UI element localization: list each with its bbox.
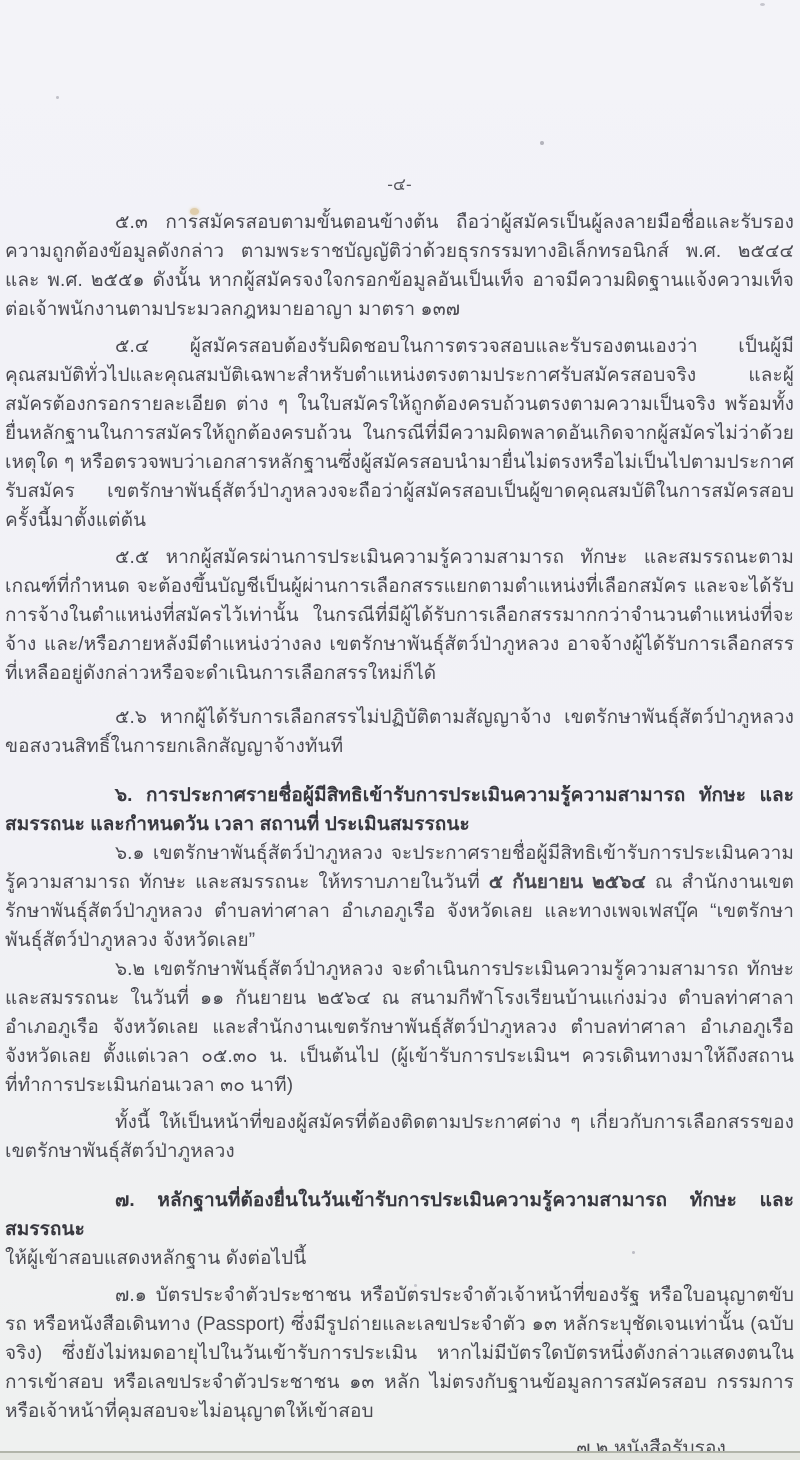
paragraph-5-5: ๕.๕ หากผู้สมัครผ่านการประเมินความรู้ความ…	[5, 543, 794, 688]
paragraph-6-1: ๖.๑ เขตรักษาพันธุ์สัตว์ป่าภูหลวง จะประกา…	[5, 839, 794, 955]
announcement-date-bold: ๕ กันยายน ๒๕๖๔	[489, 872, 646, 893]
paragraph-7-1: ๗.๑ บัตรประจำตัวประชาชน หรือบัตรประจำตัว…	[5, 1281, 794, 1426]
scan-speck	[540, 141, 544, 145]
scanned-document-page: -๔- ๕.๓ การสมัครสอบตามขั้นตอนข้างต้น ถือ…	[0, 0, 800, 1460]
paragraph-5-3: ๕.๓ การสมัครสอบตามขั้นตอนข้างต้น ถือว่าผ…	[5, 208, 794, 324]
section-heading-6: ๖. การประกาศรายชื่อผู้มีสิทธิเข้ารับการป…	[5, 781, 794, 839]
paragraph-6-2: ๖.๒ เขตรักษาพันธุ์สัตว์ป่าภูหลวง จะดำเนิ…	[5, 955, 794, 1100]
note-paragraph: ทั้งนี้ ให้เป็นหน้าที่ของผู้สมัครที่ต้อง…	[5, 1108, 794, 1166]
page-number: -๔-	[5, 0, 794, 198]
scan-speck	[760, 3, 765, 6]
section-heading-7-intro: ให้ผู้เข้าสอบแสดงหลักฐาน ดังต่อไปนี้	[5, 1244, 794, 1273]
section-heading-7: ๗. หลักฐานที่ต้องยื่นในวันเข้ารับการประเ…	[5, 1186, 794, 1244]
paragraph-5-4: ๕.๔ ผู้สมัครสอบต้องรับผิดชอบในการตรวจสอบ…	[5, 332, 794, 535]
scan-speck	[414, 1284, 417, 1287]
scan-speck	[487, 1296, 490, 1299]
scan-bottom-edge	[0, 1451, 800, 1460]
paragraph-5-6: ๕.๖ หากผู้ได้รับการเลือกสรรไม่ปฏิบัติตาม…	[5, 703, 794, 761]
scan-speck	[632, 1251, 635, 1254]
scan-stain	[190, 208, 199, 215]
document-content: -๔- ๕.๓ การสมัครสอบตามขั้นตอนข้างต้น ถือ…	[0, 0, 800, 1460]
scan-speck	[56, 96, 59, 99]
